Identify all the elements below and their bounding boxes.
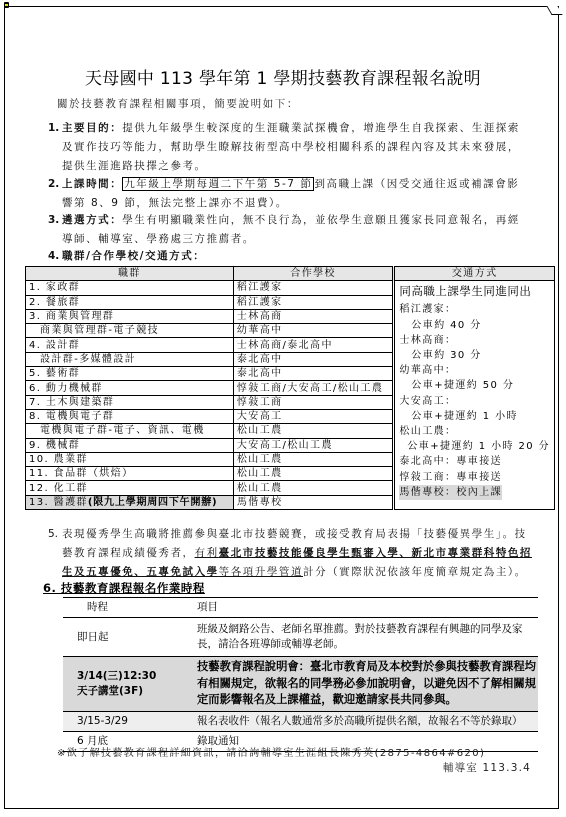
group-cell: 2. 餐旅群 <box>26 295 234 309</box>
when-place: 天子講堂(3F) <box>77 684 197 699</box>
when-cell: 3/14(三)12:30 天子講堂(3F) <box>63 657 197 712</box>
transport-item: 幼華高中： <box>399 363 550 378</box>
section-programs-heading: 4. 職群/合作學校/交通方式： <box>48 247 528 266</box>
school-cell: 松山工農 <box>233 424 394 438</box>
transport-item: 松山工農： <box>399 424 550 439</box>
group-cell: 8. 電機與電子群 <box>26 409 234 423</box>
group-cell: 電機與電子群-電子、資訊、電機 <box>26 424 234 438</box>
transport-item: 馬偕專校：校內上課 <box>399 485 502 500</box>
school-cell: 幼華高中 <box>233 324 394 338</box>
contact-note: ※欲了解技藝教育課程詳細資訊，請洽詢輔導室生涯組長陳秀英(2875-4864#6… <box>57 744 485 759</box>
class-time-highlight: 九年級上學期每週二下午第 5-7 節 <box>122 177 314 191</box>
school-cell: 士林高商/泰北高中 <box>233 338 394 352</box>
transport-item: 士林高商： <box>399 333 550 348</box>
header-school: 合作學校 <box>233 267 394 281</box>
school-cell: 松山工農 <box>233 467 394 481</box>
schedule-row: 即日起 班級及網路公告、老師名單推薦。對於技藝教育課程有興趣的同學及家長，請洽各… <box>63 618 538 657</box>
when-cell: 3/15-3/29 <box>63 711 197 731</box>
section-number: 4. <box>48 247 59 266</box>
group-cell: 4. 設計群 <box>26 338 234 352</box>
transport-item: 公車約 30 分 <box>399 348 550 363</box>
section-label: 主要目的： <box>62 122 122 134</box>
table-row: 1. 家政群 稻江護家 同高職上課學生同進同出 稻江護家： 公車約 40 分 士… <box>26 281 555 295</box>
transport-lead: 同高職上課學生同進同出 <box>399 283 550 302</box>
section-benefits: 5. 表現優秀學生高職將推薦參與臺北市技藝競賽，或接受教育局表揚「技藝優異學生」… <box>48 525 538 582</box>
school-cell: 稻江護家 <box>233 281 394 295</box>
when-cell: 即日起 <box>63 618 197 657</box>
school-cell: 惇敍工商/大安高工/松山工農 <box>233 381 394 395</box>
group-cell: 11. 食品群（烘焙） <box>26 467 234 481</box>
group-cell: 5. 藝術群 <box>26 367 234 381</box>
group-cell: 商業與管理群-電子競技 <box>26 324 234 338</box>
when-date: 3/14(三)12:30 <box>77 669 197 684</box>
document-title: 天母國中 113 學年第 1 學期技藝教育課程報名說明 <box>0 64 566 89</box>
section-text-underlined: 等各項升學管道 <box>219 566 303 578</box>
group-cell: 10. 農業群 <box>26 452 234 466</box>
group-cell: 12. 化工群 <box>26 481 234 495</box>
school-cell: 松山工農 <box>233 481 394 495</box>
section-text: 學生有明顯職業性向，無不良行為，並依學生意願且獲家長同意報名，再經導師、輔導室、… <box>62 214 520 245</box>
item-cell: 報名表收件（報名人數通常多於高職所提供名額，故報名不等於錄取） <box>197 711 538 731</box>
schedule-table: 時程 項目 即日起 班級及網路公告、老師名單推薦。對於技藝教育課程有興趣的同學及… <box>63 597 538 752</box>
group-cell: 設計群-多媒體設計 <box>26 352 234 366</box>
section-number: 5. <box>48 525 58 544</box>
section-text-underlined: 有利 <box>195 547 219 559</box>
schedule-row: 3/15-3/29 報名表收件（報名人數通常多於高職所提供名額，故報名不等於錄取… <box>63 711 538 731</box>
programs-table: 職群 合作學校 交通方式 1. 家政群 稻江護家 同高職上課學生同進同出 稻江護… <box>25 266 555 510</box>
school-cell: 松山工農 <box>233 452 394 466</box>
school-cell: 士林高商 <box>233 309 394 323</box>
transport-item: 公車約 40 分 <box>399 318 550 333</box>
header-item: 項目 <box>197 598 538 618</box>
section-number: 2. <box>48 175 59 194</box>
header-group: 職群 <box>26 267 234 281</box>
group-cell: 6. 動力機械群 <box>26 381 234 395</box>
transport-item: 惇敍工商：專車接送 <box>399 470 550 485</box>
transport-item: 公車+捷運約 1 小時 <box>399 409 550 424</box>
section-number: 3. <box>48 211 59 230</box>
school-cell: 大安高工/松山工農 <box>233 438 394 452</box>
section-label: 遴選方式： <box>62 214 122 226</box>
school-cell: 泰北高中 <box>233 367 394 381</box>
section-label: 上課時間： <box>62 178 122 190</box>
group-cell: 9. 機械群 <box>26 438 234 452</box>
school-cell: 稻江護家 <box>233 295 394 309</box>
section-text: 提供九年級學生較深度的生涯職業試探機會，增進學生自我探索、生涯探索及實作技巧等能… <box>62 122 520 172</box>
transport-item: 稻江護家： <box>399 302 550 317</box>
schedule-row: 3/14(三)12:30 天子講堂(3F) 技藝教育課程說明會：臺北市教育局及本… <box>63 657 538 712</box>
section-selection: 3. 遴選方式：學生有明顯職業性向，無不良行為，並依學生意願且獲家長同意報名，再… <box>48 211 528 249</box>
transport-item: 公車+捷運約 1 小時 20 分 <box>399 439 550 454</box>
schedule-heading: 6. 技藝教育課程報名作業時程 <box>43 580 205 596</box>
school-cell: 惇敍工商 <box>233 395 394 409</box>
section-class-time: 2. 上課時間：九年級上學期每週二下午第 5-7 節到高職上課（因受交通往返或補… <box>48 175 528 213</box>
transport-item: 泰北高中：專車接送 <box>399 454 550 469</box>
section-label: 職群/合作學校/交通方式： <box>62 250 205 262</box>
intro-text: 關於技藝教育課程相關事項，簡要說明如下： <box>57 96 299 111</box>
item-cell: 班級及網路公告、老師名單推薦。對於技藝教育課程有興趣的同學及家長，請洽各班導師或… <box>197 618 538 657</box>
group-cell: 3. 商業與管理群 <box>26 309 234 323</box>
transport-item: 大安高工： <box>399 394 550 409</box>
section-purpose: 1. 主要目的：提供九年級學生較深度的生涯職業試探機會，增進學生自我探索、生涯探… <box>48 119 528 176</box>
group-cell: 1. 家政群 <box>26 281 234 295</box>
signature: 輔導室 113.3.4 <box>443 760 531 775</box>
school-cell: 泰北高中 <box>233 352 394 366</box>
section-text: 計分（實際狀況依該年度簡章規定為主）。 <box>303 566 527 578</box>
group-cell: 7. 土木與建築群 <box>26 395 234 409</box>
header-transport: 交通方式 <box>394 267 555 281</box>
group-name: 13. 醫護群 <box>29 497 88 508</box>
group-note: (限九上學期周四下午開辦) <box>88 497 218 508</box>
school-cell: 馬偕專校 <box>233 495 394 509</box>
schedule-header-row: 時程 項目 <box>63 598 538 618</box>
section-number: 1. <box>48 119 59 138</box>
item-cell: 技藝教育課程說明會：臺北市教育局及本校對於參與技藝教育課程均有相關規定，欲報名的… <box>197 657 538 712</box>
school-cell: 大安高工 <box>233 409 394 423</box>
transport-item: 公車+捷運約 50 分 <box>399 378 550 393</box>
header-when: 時程 <box>63 598 197 618</box>
group-cell: 13. 醫護群(限九上學期周四下午開辦) <box>26 495 234 509</box>
transport-cell: 同高職上課學生同進同出 稻江護家： 公車約 40 分 士林高商： 公車約 30 … <box>394 281 555 510</box>
